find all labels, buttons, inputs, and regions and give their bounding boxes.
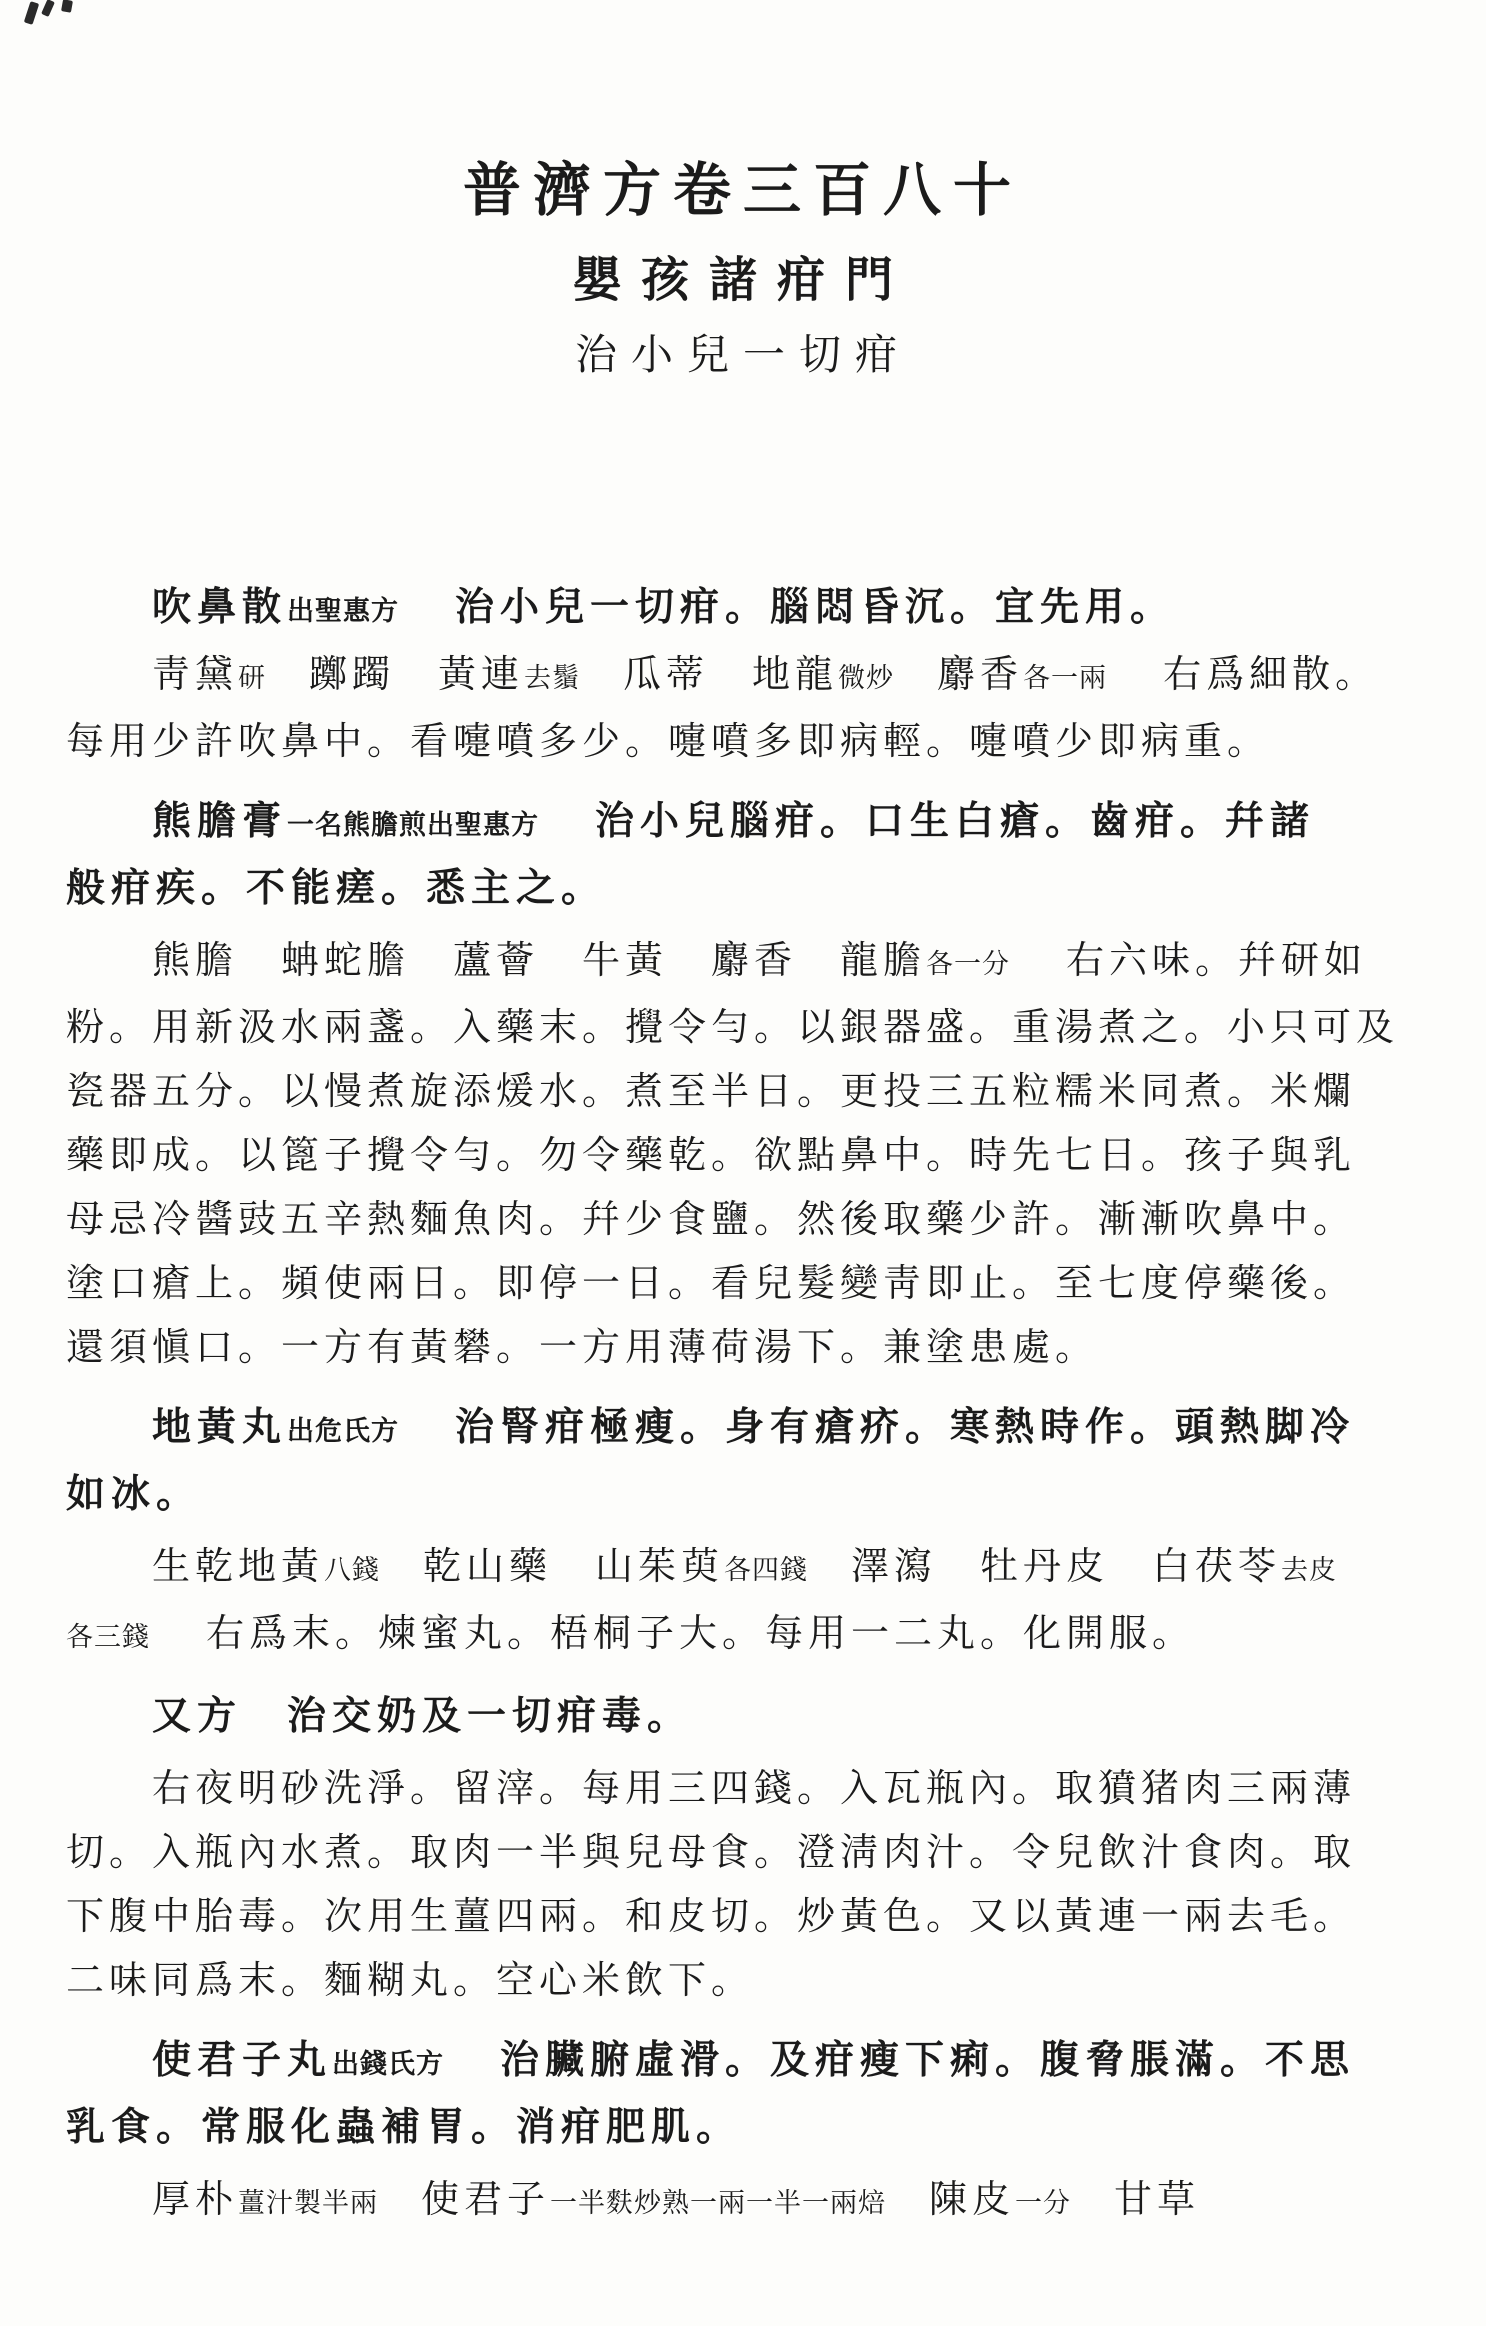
text-line: 切。入瓶內水煮。取肉一半與兒母食。澄淸肉汁。令兒飲汁食肉。取 (66, 1821, 1428, 1885)
title-block: 普濟方卷三百八十 嬰孩諸疳門 治小兒一切疳 (0, 0, 1486, 380)
text-segment: 躑躅 黃連 (266, 654, 524, 696)
annotation-text: 研 (238, 663, 266, 693)
text-line: 靑黛研 躑躅 黃連去鬚 瓜蒂 地龍微炒 麝香各一兩右爲細散。 (66, 643, 1428, 710)
text-segment: 使君子 (378, 2179, 550, 2221)
text-segment: 右夜明砂洗淨。留滓。每用三四錢。入瓦瓶內。取獖猪肉三兩薄 (152, 1768, 1356, 1810)
text-line: 母忌冷醬豉五辛熱麵魚肉。幷少食鹽。然後取藥少許。漸漸吹鼻中。 (66, 1188, 1428, 1252)
text-segment: 藥即成。以篦子攪令勻。勿令藥乾。欲點鼻中。時先七日。孩子與乳 (66, 1135, 1356, 1177)
page-title: 普濟方卷三百八十 (0, 158, 1486, 225)
text-segment: 切。入瓶內水煮。取肉一半與兒母食。澄淸肉汁。令兒飲汁食肉。取 (66, 1832, 1356, 1874)
text-segment: 母忌冷醬豉五辛熱麵魚肉。幷少食鹽。然後取藥少許。漸漸吹鼻中。 (66, 1199, 1356, 1241)
text-line: 瓷器五分。以慢煮旋添煖水。煮至半日。更投三五粒糯米同煮。米爛 (66, 1060, 1428, 1124)
annotation-text: 去鬚 (524, 663, 580, 693)
text-segment: 乾山藥 山茱萸 (380, 1546, 724, 1588)
annotation-text: 一名熊膽煎出聖惠方 (287, 810, 539, 840)
text-segment: 生乾地黃 (152, 1546, 324, 1588)
text-segment: 右爲末。煉蜜丸。梧桐子大。每用一二丸。化開服。 (206, 1613, 1195, 1655)
scan-artifact (61, 0, 73, 13)
text-segment: 下腹中胎毒。次用生薑四兩。和皮切。炒黃色。又以黃連一兩去毛。 (66, 1896, 1356, 1938)
text-line: 下腹中胎毒。次用生薑四兩。和皮切。炒黃色。又以黃連一兩去毛。 (66, 1885, 1428, 1949)
annotation-text: 各一兩 (1023, 663, 1107, 693)
annotation-text: 薑汁製半兩 (238, 2188, 378, 2218)
annotation-text: 八錢 (324, 1555, 380, 1585)
text-segment: 熊膽 蚺蛇膽 蘆薈 牛黃 麝香 龍膽 (152, 940, 926, 982)
text-line: 生乾地黃八錢 乾山藥 山茱萸各四錢 澤瀉 牡丹皮 白茯苓去皮 (66, 1535, 1428, 1602)
subsection-title: 治小兒一切疳 (0, 333, 1486, 379)
text-line: 熊膽膏一名熊膽煎出聖惠方治小兒腦疳。口生白瘡。齒疳。幷諸 (66, 790, 1428, 857)
annotation-text: 各三錢 (66, 1622, 150, 1652)
text-line: 熊膽 蚺蛇膽 蘆薈 牛黃 麝香 龍膽各一分右六味。幷研如 (66, 929, 1428, 996)
text-line: 還須愼口。一方有黃礬。一方用薄荷湯下。兼塗患處。 (66, 1316, 1428, 1380)
text-line: 塗口瘡上。頻使兩日。即停一日。看兒髮變靑即止。至七度停藥後。 (66, 1252, 1428, 1316)
text-line: 又方 治交奶及一切疳毒。 (66, 1685, 1428, 1749)
text-segment: 熊膽膏 (152, 800, 287, 843)
text-line: 吹鼻散出聖惠方治小兒一切疳。腦悶昏沉。宜先用。 (66, 576, 1428, 643)
text-line: 粉。用新汲水兩盞。入藥末。攪令勻。以銀器盛。重湯煮之。小只可及 (66, 996, 1428, 1060)
text-line: 二味同爲末。麵糊丸。空心米飲下。 (66, 1949, 1428, 2013)
text-segment: 靑黛 (152, 654, 238, 696)
text-segment: 甘草 (1071, 2179, 1200, 2221)
text-segment: 治腎疳極瘦。身有瘡疥。寒熱時作。頭熱脚冷 (455, 1406, 1355, 1449)
text-segment: 塗口瘡上。頻使兩日。即停一日。看兒髮變靑即止。至七度停藥後。 (66, 1263, 1356, 1305)
annotation-text: 一半麩炒熟一兩一半一兩焙 (550, 2188, 886, 2218)
text-line: 右夜明砂洗淨。留滓。每用三四錢。入瓦瓶內。取獖猪肉三兩薄 (66, 1757, 1428, 1821)
text-line: 每用少許吹鼻中。看嚏噴多少。嚏噴多即病輕。嚏噴少即病重。 (66, 710, 1428, 774)
text-segment: 瓷器五分。以慢煮旋添煖水。煮至半日。更投三五粒糯米同煮。米爛 (66, 1071, 1356, 1113)
annotation-text: 出危氏方 (287, 1416, 399, 1446)
text-segment: 二味同爲末。麵糊丸。空心米飲下。 (66, 1960, 754, 2002)
text-segment: 右六味。幷研如 (1066, 940, 1367, 982)
body-text: 吹鼻散出聖惠方治小兒一切疳。腦悶昏沉。宜先用。靑黛研 躑躅 黃連去鬚 瓜蒂 地龍… (0, 576, 1486, 2235)
text-line: 如冰。 (66, 1463, 1428, 1527)
text-segment: 又方 治交奶及一切疳毒。 (152, 1695, 692, 1738)
annotation-text: 各一分 (926, 949, 1010, 979)
section-title: 嬰孩諸疳門 (0, 255, 1486, 308)
text-segment: 治小兒腦疳。口生白瘡。齒疳。幷諸 (595, 800, 1315, 843)
annotation-text: 出錢氏方 (332, 2049, 444, 2079)
text-line: 乳食。常服化蟲補胃。消疳肥肌。 (66, 2096, 1428, 2160)
text-segment: 陳皮 (886, 2179, 1015, 2221)
text-segment: 乳食。常服化蟲補胃。消疳肥肌。 (66, 2106, 741, 2149)
text-segment: 使君子丸 (152, 2039, 332, 2082)
text-line: 厚朴薑汁製半兩 使君子一半麩炒熟一兩一半一兩焙 陳皮一分 甘草 (66, 2168, 1428, 2235)
text-segment: 治臟腑虛滑。及疳瘦下痢。腹脅脹滿。不思 (500, 2039, 1355, 2082)
text-segment: 吹鼻散 (152, 586, 287, 629)
scanned-page: 普濟方卷三百八十 嬰孩諸疳門 治小兒一切疳 吹鼻散出聖惠方治小兒一切疳。腦悶昏沉… (0, 0, 1486, 2326)
annotation-text: 去皮 (1281, 1555, 1337, 1585)
annotation-text: 各四錢 (724, 1555, 808, 1585)
text-segment: 還須愼口。一方有黃礬。一方用薄荷湯下。兼塗患處。 (66, 1327, 1098, 1369)
text-segment: 右爲細散。 (1163, 654, 1378, 696)
text-segment: 地黃丸 (152, 1406, 287, 1449)
text-segment: 般疳疾。不能瘥。悉主之。 (66, 867, 606, 910)
text-line: 般疳疾。不能瘥。悉主之。 (66, 857, 1428, 921)
text-segment: 澤瀉 牡丹皮 白茯苓 (808, 1546, 1281, 1588)
text-segment: 麝香 (894, 654, 1023, 696)
text-segment: 厚朴 (152, 2179, 238, 2221)
text-line: 藥即成。以篦子攪令勻。勿令藥乾。欲點鼻中。時先七日。孩子與乳 (66, 1124, 1428, 1188)
text-segment: 瓜蒂 地龍 (580, 654, 838, 696)
text-line: 使君子丸出錢氏方治臟腑虛滑。及疳瘦下痢。腹脅脹滿。不思 (66, 2029, 1428, 2096)
text-segment: 如冰。 (66, 1473, 201, 1516)
text-segment: 粉。用新汲水兩盞。入藥末。攪令勻。以銀器盛。重湯煮之。小只可及 (66, 1007, 1399, 1049)
text-line: 各三錢右爲末。煉蜜丸。梧桐子大。每用一二丸。化開服。 (66, 1602, 1428, 1669)
text-segment: 每用少許吹鼻中。看嚏噴多少。嚏噴多即病輕。嚏噴少即病重。 (66, 721, 1270, 763)
annotation-text: 出聖惠方 (287, 596, 399, 626)
text-segment: 治小兒一切疳。腦悶昏沉。宜先用。 (455, 586, 1175, 629)
text-line: 地黃丸出危氏方治腎疳極瘦。身有瘡疥。寒熱時作。頭熱脚冷 (66, 1396, 1428, 1463)
annotation-text: 微炒 (838, 663, 894, 693)
annotation-text: 一分 (1015, 2188, 1071, 2218)
